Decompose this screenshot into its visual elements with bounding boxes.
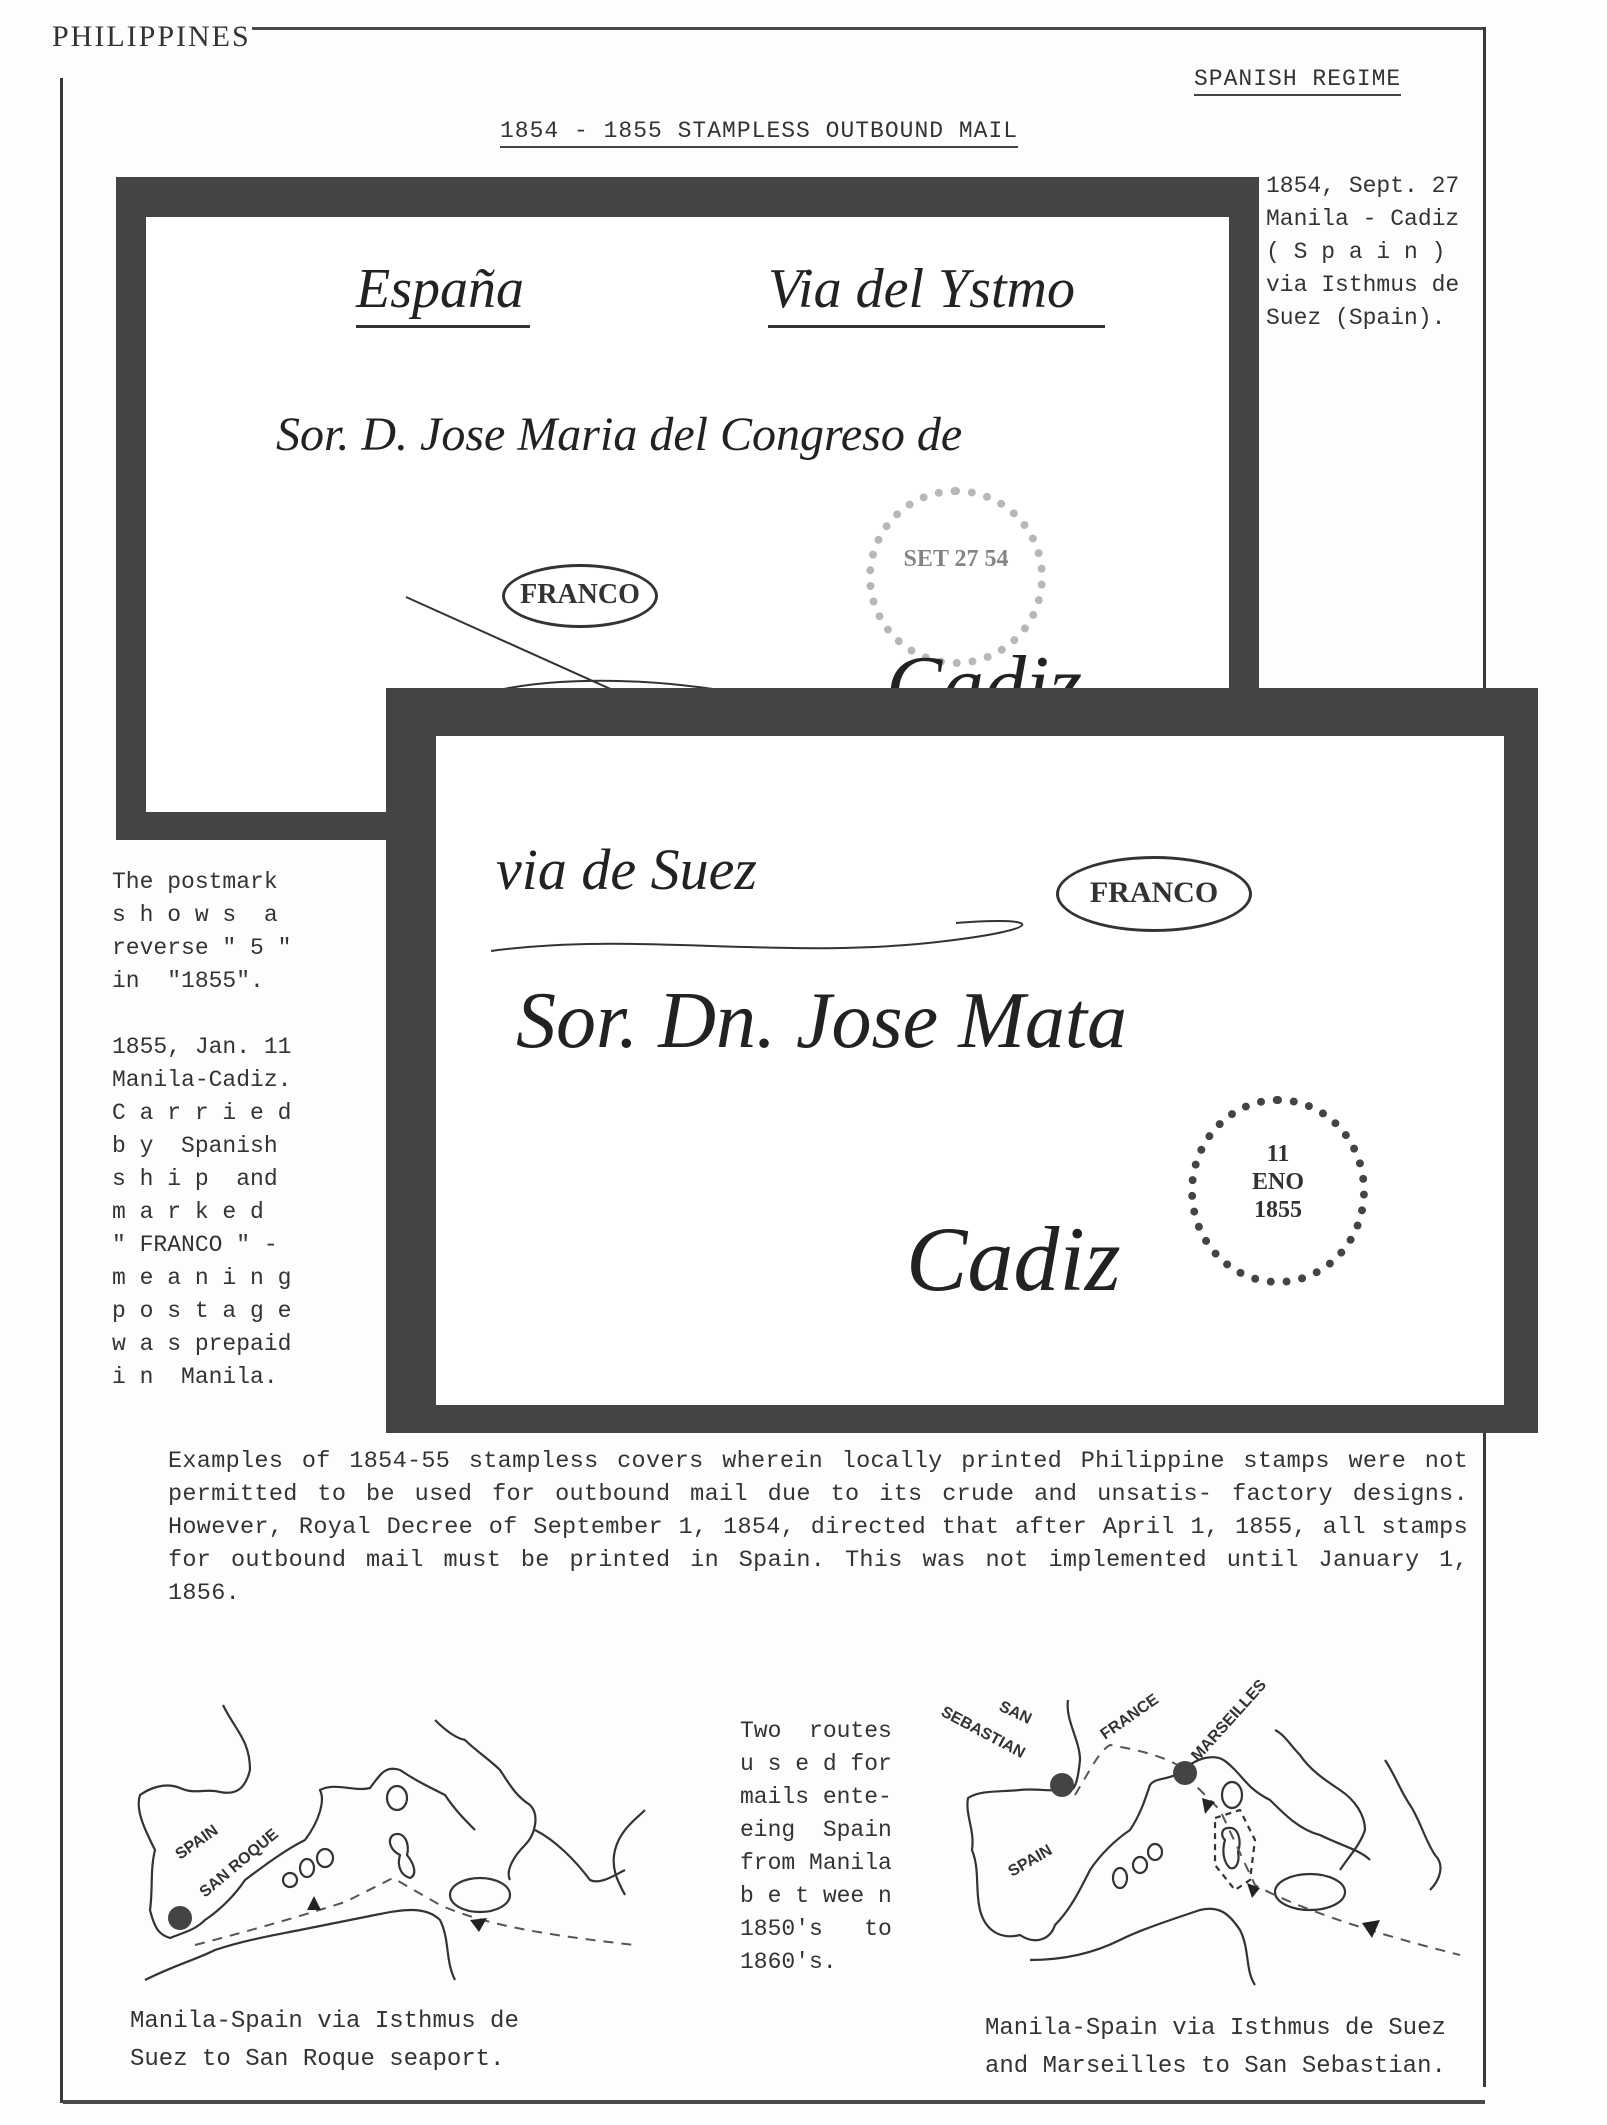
note-line: 1855, Jan. 11 [112, 1031, 291, 1064]
note-line: ( S p a i n ) [1266, 236, 1459, 269]
map-label-france: FRANCE [1098, 1691, 1163, 1743]
handwriting-route: Via del Ystmo [768, 257, 1105, 328]
header-rule [252, 27, 1484, 30]
note-line: s h i p and [112, 1163, 291, 1196]
note-line: Suez (Spain). [1266, 302, 1459, 335]
note-line: m e a n i n g [112, 1262, 291, 1295]
note-line: p o s t a g e [112, 1295, 291, 1328]
note-line: Manila-Cadiz. [112, 1064, 291, 1097]
cover-2-note: The postmark s h o w s a reverse " 5 " i… [112, 866, 291, 1394]
note-line: eing Spain [740, 1814, 892, 1847]
page-title: 1854 - 1855 STAMPLESS OUTBOUND MAIL [500, 118, 1018, 148]
franco-handstamp: FRANCO [1056, 856, 1252, 932]
note-line: in "1855". [112, 965, 291, 998]
map-label-spain: SPAIN [1006, 1842, 1056, 1881]
note-line: b y Spanish [112, 1130, 291, 1163]
note-line: b e t wee n [740, 1880, 892, 1913]
note-line: 1860's. [740, 1946, 892, 1979]
caption-line: Manila-Spain via Isthmus de [130, 2003, 519, 2041]
cover-image-1855: via de Suez FRANCO Sor. Dn. Jose Mata 11… [386, 688, 1538, 1433]
routes-note: Two routes u s e d for mails ente- eing … [740, 1715, 892, 1979]
caption-line: Manila-Spain via Isthmus de Suez [985, 2010, 1446, 2048]
note-line: via Isthmus de [1266, 269, 1459, 302]
route-map-san-roque: SPAIN SAN ROQUE [125, 1670, 725, 2000]
note-line: Manila - Cadiz [1266, 203, 1459, 236]
section-label: SPANISH REGIME [1194, 66, 1401, 96]
handwriting-espana: España [356, 257, 530, 328]
postmark-year: 1855 [1196, 1196, 1360, 1224]
note-line: s h o w s a [112, 899, 291, 932]
note-line: u s e d for [740, 1748, 892, 1781]
map-label-marseilles: MARSEILLES [1188, 1676, 1270, 1764]
map-1-caption: Manila-Spain via Isthmus de Suez to San … [130, 2003, 519, 2079]
note-line: C a r r i e d [112, 1097, 291, 1130]
handwriting-route: via de Suez [496, 836, 757, 903]
underline-flourish [486, 911, 1086, 961]
note-line: The postmark [112, 866, 291, 899]
handwriting-city: Cadiz [906, 1206, 1121, 1312]
note-line [112, 998, 291, 1031]
note-line: from Manila [740, 1847, 892, 1880]
body-paragraph: Examples of 1854-55 stampless covers whe… [168, 1445, 1468, 1610]
map-label-spain: SPAIN [173, 1822, 222, 1863]
postmark-seal: 11 ENO 1855 [1188, 1096, 1368, 1286]
cover-1-note: 1854, Sept. 27 Manila - Cadiz ( S p a i … [1266, 170, 1459, 335]
note-line: 1850's to [740, 1913, 892, 1946]
postmark-month: ENO [1196, 1168, 1360, 1196]
route-map-san-sebastian: SAN SEBASTIAN FRANCE MARSEILLES SPAIN [940, 1640, 1540, 2000]
note-line: w a s prepaid [112, 1328, 291, 1361]
note-line: reverse " 5 " [112, 932, 291, 965]
frame-left-border [60, 78, 63, 2103]
page-header: PHILIPPINES [52, 20, 251, 54]
note-line: " FRANCO " - [112, 1229, 291, 1262]
frame-bottom-border [63, 2100, 1485, 2104]
note-line: Two routes [740, 1715, 892, 1748]
map-2-caption: Manila-Spain via Isthmus de Suez and Mar… [985, 2010, 1446, 2086]
note-line: 1854, Sept. 27 [1266, 170, 1459, 203]
caption-line: and Marseilles to San Sebastian. [985, 2048, 1446, 2086]
handwriting-addressee: Sor. D. Jose Maria del Congreso de [276, 407, 962, 462]
note-line: m a r k e d [112, 1196, 291, 1229]
note-line: i n Manila. [112, 1361, 291, 1394]
note-line: mails ente- [740, 1781, 892, 1814]
handwriting-addressee: Sor. Dn. Jose Mata [516, 976, 1127, 1067]
map-label-san: SAN [996, 1698, 1034, 1728]
postmark-day: 11 [1196, 1140, 1360, 1168]
caption-line: Suez to San Roque seaport. [130, 2041, 519, 2079]
